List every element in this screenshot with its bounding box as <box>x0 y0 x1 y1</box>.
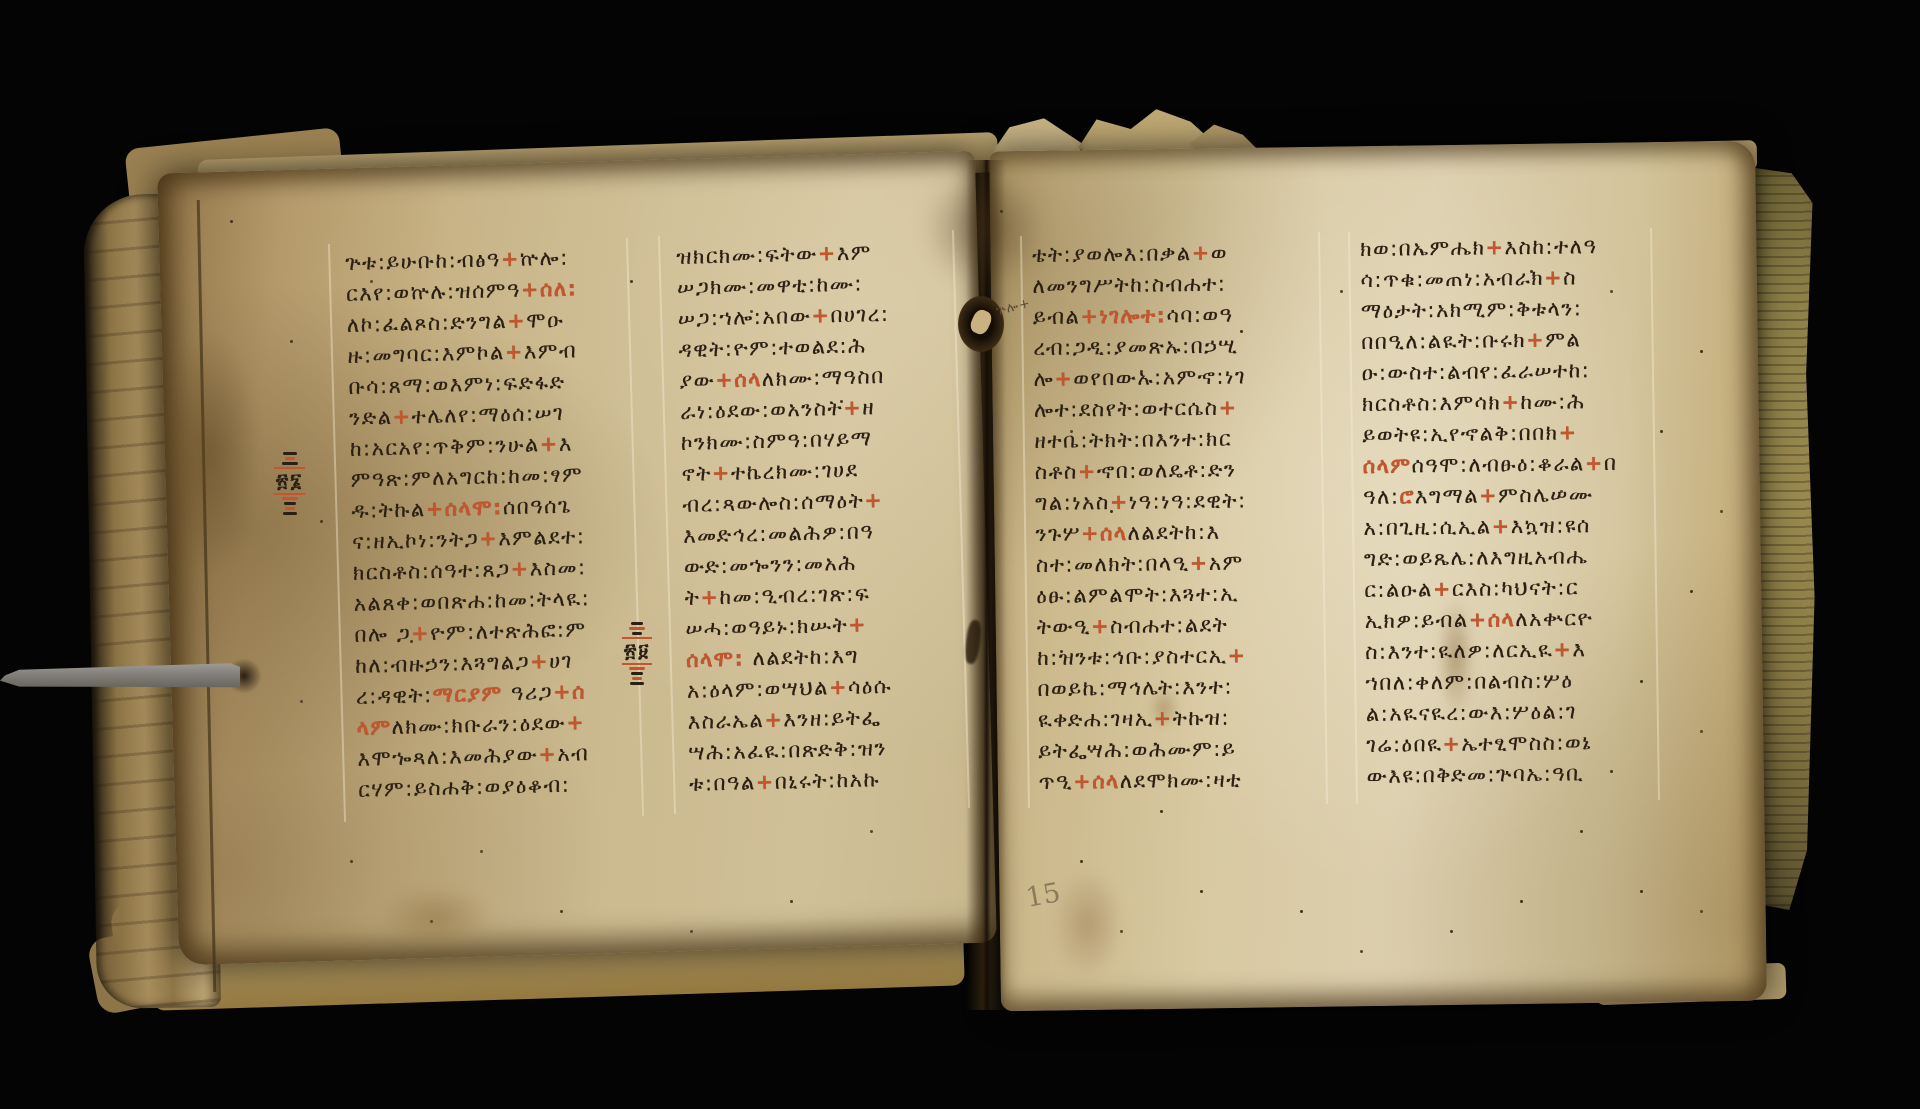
rubric-text: ሮ <box>1399 484 1415 508</box>
text-line: ለመንግሥትከ:ስብሐተ: <box>1032 267 1328 302</box>
rubric-text: ነገሎተ: <box>1099 303 1166 328</box>
rubric-text: ሰላ <box>1488 607 1516 631</box>
mark-tick <box>283 452 297 455</box>
ink-speckles-left <box>230 220 233 223</box>
text-line: ስቶስ+ኆበ:ወለዴቶ:ድን <box>1035 453 1331 488</box>
rubric-text: ማርያም <box>432 681 503 707</box>
rubric-text: + <box>392 404 412 428</box>
rubric-text: ሰ <box>572 679 586 703</box>
text-line: ግል:ነአስ+ነዓ:ነዓ:ደዊት: <box>1035 484 1331 519</box>
rubric-text: ሰላ <box>734 367 762 392</box>
margin-numeral: ፳፮ <box>274 467 305 495</box>
text-line: ይትፌሣሕ:ወሕሙም:ይ <box>1038 732 1334 767</box>
text-line: ዓለ:ሮእግማል+ምስሌሠሙ <box>1363 478 1659 513</box>
text-line: ስ:እንተ:ዪለዎ:ለርኢዪ+እ <box>1365 633 1661 668</box>
rubric-text: + <box>479 526 499 550</box>
text-line: ሰላምሰዓሞ:ለብፁዕ:ቆራል+በ <box>1363 447 1659 482</box>
rubric-text: + <box>848 612 868 636</box>
rubric-text: + <box>1078 459 1097 483</box>
text-column-4: ክወ:በኤምሔክ+እስከ:ተለዓሳ:ጥቁ:መጠነ:አብራክ+ስማዕታት:አክሚም… <box>1360 230 1663 792</box>
text-line: ዕፁ:ልምልሞት:እጓተ:ኢ <box>1036 577 1332 612</box>
text-line: ውእዩ:በቅድመ:ጕባኤ:ዓቢ <box>1366 757 1662 792</box>
mark-tick <box>631 672 643 675</box>
rubric-text: + <box>700 585 720 609</box>
text-line: ይብል+ነገሎተ:ሳባ:ወዓ <box>1033 298 1329 333</box>
text-line: ትውዒ+ስብሐተ:ልደት <box>1037 608 1333 643</box>
rubric-text: + <box>539 432 559 456</box>
ink-speckles-right <box>1000 210 1003 213</box>
rubric-text: + <box>1091 614 1110 638</box>
rubric-text: + <box>1553 637 1572 661</box>
mark-tick <box>632 677 642 680</box>
rubric-text: + <box>755 770 775 794</box>
rubric-text: + <box>817 241 837 265</box>
mark-tick <box>631 622 643 625</box>
rubric-text: ሰላም <box>1363 453 1412 478</box>
margin-mark-a: ፳፮ <box>274 452 305 515</box>
text-line: ክወ:በኤምሔክ+እስከ:ተለዓ <box>1360 230 1656 265</box>
rubric-text: + <box>1485 235 1504 259</box>
rubric-text: + <box>1544 266 1563 290</box>
text-line: ክርስቶስ:እምሳክ+ከሙ:ሕ <box>1362 385 1658 420</box>
mark-tick <box>285 507 295 510</box>
text-line: በወይኬ:ማኅሌት:እንተ: <box>1037 670 1333 705</box>
rubric-text: + <box>1218 396 1237 420</box>
rubric-text: + <box>411 621 431 645</box>
rubric-text: + <box>510 557 530 581</box>
rubric-text: ላም <box>356 715 391 740</box>
rubric-text: + <box>1081 521 1100 545</box>
rubric-text: + <box>538 742 558 766</box>
rubric-text: + <box>1073 769 1092 793</box>
rubric-text: + <box>1479 483 1498 507</box>
mark-tick <box>630 682 644 685</box>
text-column-3: ቴት:ያወሎእ:በቃል+ወለመንግሥትከ:ስብሐተ:ይብል+ነገሎተ:ሳባ:ወዓ… <box>1032 236 1335 798</box>
text-line: ግድ:ወይጼሌ:ለእግዚአብሔ <box>1364 540 1660 575</box>
rubric-text: + <box>1526 328 1545 352</box>
rubric-text: + <box>425 497 445 521</box>
text-line: ሎ+ወየበውኡ:አምኆ:ነገ <box>1034 360 1330 395</box>
rubric-text: + <box>1491 514 1510 538</box>
rubric-text: + <box>553 680 573 704</box>
rubric-text: + <box>504 340 524 364</box>
text-line: ል:አዪናዪረ:ውእ:ሦዕል:ገ <box>1366 695 1662 730</box>
text-line: ጥዒ+ሰላለደሞክሙ:ዛቲ <box>1038 763 1334 798</box>
text-line: ኢክዎ:ይብል+ሰላለአቍርዮ <box>1365 602 1661 637</box>
rubric-text: + <box>530 649 550 673</box>
rubric-text: + <box>1110 490 1129 514</box>
text-column-2: ዝክርክሙ:ፍትው+እምሠጋክሙ:መዋቲ:ከሙ:ሠጋ:ኀሎ:አበው+በሀገረ:ዳ… <box>676 235 982 800</box>
rubric-text: ሰላሞ: <box>686 646 745 671</box>
rubric-text: + <box>1080 304 1099 328</box>
rubric-text: + <box>1192 241 1211 265</box>
rubric-text: + <box>864 488 884 512</box>
text-line: ይወትዩ:ኢየኆልቅ:በበክ+ <box>1362 416 1658 451</box>
manuscript-photo: { "photo": { "background": "#040404", "i… <box>0 0 1920 1109</box>
rubric-text: + <box>566 710 586 734</box>
rubric-text: + <box>1442 732 1461 756</box>
rubric-text: + <box>829 675 849 699</box>
mark-tick <box>629 627 645 630</box>
text-column-1: ጕቱ:ይሁቡከ:ብፅዓ+ኵሎ:ርእየ:ወኵሉ:ዝሰምዓ+ሰለ:ለኮ:ፈልጾስ:ድ… <box>345 241 651 806</box>
text-line: ከ:ዝንቱ:ኅቡ:ያስተርኢ+ <box>1037 639 1333 674</box>
rubric-text: + <box>764 708 784 732</box>
rubric-text: + <box>843 396 863 420</box>
rubric-text: + <box>500 247 520 271</box>
rubric-text: + <box>1585 451 1604 475</box>
pencil-folio-number: 15 <box>1024 877 1063 913</box>
rubric-text: ሰላሞ: <box>444 495 503 520</box>
mark-tick <box>282 462 298 465</box>
text-line: ገሬ:ዕበዪ+ኤተፂሞስስ:ወኔ <box>1366 726 1662 761</box>
rubric-text: + <box>1190 551 1209 575</box>
rubric-text: + <box>1054 367 1073 391</box>
mark-tick <box>284 502 296 505</box>
mark-tick <box>632 632 642 635</box>
mark-tick <box>282 497 298 500</box>
text-line: አ:በጊዚ:ሲኢል+እኳዝ:ዩሰ <box>1363 509 1659 544</box>
text-line: በበዒለ:ልዪት:ቡሩክ+ምል <box>1361 323 1657 358</box>
text-line: ስተ:መለክት:በላዒ+አም <box>1036 546 1332 581</box>
mark-tick <box>629 667 645 670</box>
text-line: ር:ልዑል+ርእስ:ካህናት:ር <box>1364 571 1660 606</box>
rubric-text: + <box>521 277 541 301</box>
rubric-text: + <box>507 309 527 333</box>
text-line: ኀበለ:ቀለም:በልብስ:ሦዕ <box>1365 664 1661 699</box>
text-line: ቴት:ያወሎእ:በቃል+ወ <box>1032 236 1328 271</box>
text-line: ዪቀድሐ:ገዛኢ+ትኩዝ: <box>1038 701 1334 736</box>
rubric-text: ሰለ: <box>540 276 578 301</box>
mark-tick <box>283 512 297 515</box>
rubric-text: + <box>1153 706 1172 730</box>
rubric-text: + <box>1469 607 1488 631</box>
rubric-text: + <box>1558 420 1577 444</box>
text-line: ማዕታት:አክሚም:ቅቱላን: <box>1361 292 1657 327</box>
rubric-text: + <box>1433 577 1452 601</box>
rubric-text: ሰላ <box>1092 769 1120 793</box>
rubric-text: + <box>715 368 735 392</box>
rubric-text: + <box>1501 390 1520 414</box>
rubric-text: + <box>1227 643 1246 667</box>
text-line: ዘተቤ:ትክት:በእንተ:ክር <box>1034 422 1330 457</box>
margin-mark-b: ፳፱ <box>622 622 652 685</box>
margin-numeral: ፳፱ <box>622 637 652 665</box>
mark-tick <box>285 457 295 460</box>
rubric-text: ሰላ <box>1100 521 1128 545</box>
text-line: ሳ:ጥቁ:መጠነ:አብራክ+ስ <box>1360 261 1656 296</box>
rubric-text: + <box>811 303 831 327</box>
text-line: ዑ:ውስተ:ልብየ:ፈራሠተከ: <box>1362 354 1658 389</box>
text-line: ረብ:ጋዲ:ያመጽኡ:በኃሢ <box>1033 329 1329 364</box>
rubric-text: + <box>712 461 732 485</box>
text-line: ንጉሦ+ሰላለልደትከ:እ <box>1035 515 1331 550</box>
text-line: ሎተ:ደስየት:ወተርሴስ+ <box>1034 391 1330 426</box>
